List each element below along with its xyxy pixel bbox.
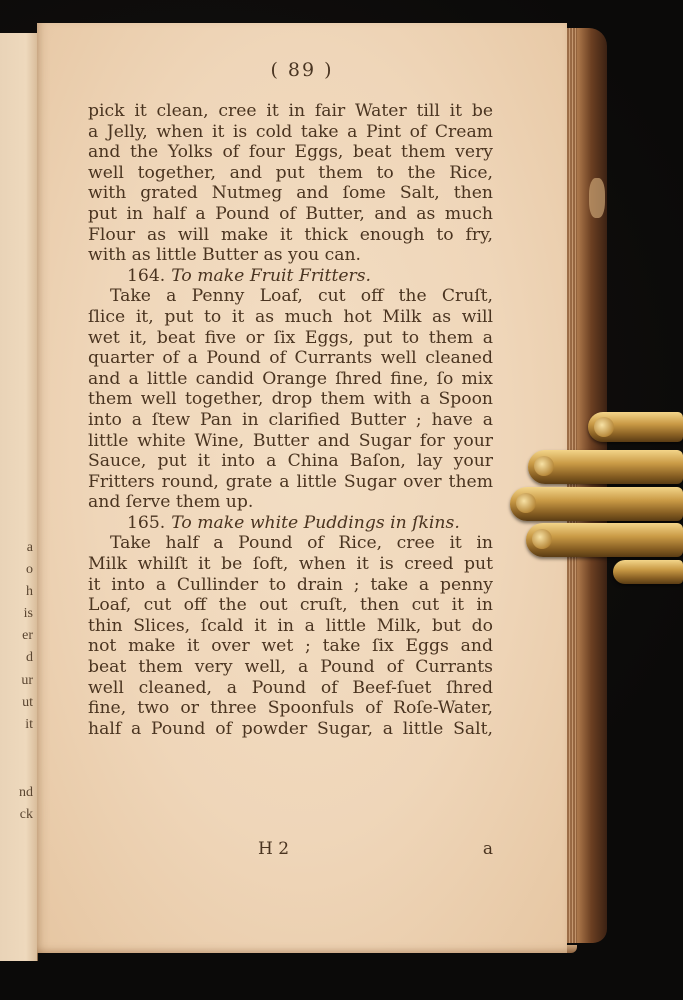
text-line: Fritters round, grate a little Sugar ove… — [88, 472, 493, 493]
left-page-fragment: it — [25, 718, 33, 732]
page-footer: H 2 a — [88, 839, 493, 861]
text-line: thin Slices, ſcald it in a little Milk, … — [88, 616, 493, 637]
text-line: with grated Nutmeg and ſome Salt, then — [88, 183, 493, 204]
clip-finger — [510, 487, 683, 521]
page-text: pick it clean, cree it in fair Water til… — [88, 101, 493, 739]
text-line: Flour as will make it thick enough to fr… — [88, 225, 493, 246]
text-line: well together, and put them to the Rice, — [88, 163, 493, 184]
left-page-fragment: ur — [21, 674, 33, 688]
catchword: a — [483, 839, 493, 859]
recipe-heading-165: 165.To make white Puddings in ſkins. — [88, 513, 493, 534]
text-line: with as little Butter as you can. — [88, 245, 493, 266]
text-line: and ſerve them up. — [88, 492, 493, 513]
clip-finger — [588, 412, 683, 442]
text-line: and a little candid Orange ſhred fine, ſ… — [88, 369, 493, 390]
recipe-number: 164. — [127, 266, 165, 286]
text-line: well cleaned, a Pound of Beef-ſuet ſhred — [88, 678, 493, 699]
signature-mark: H 2 — [258, 839, 289, 859]
text-line: quarter of a Pound of Currants well clea… — [88, 348, 493, 369]
left-page-fragment: a — [27, 541, 33, 555]
text-line: Take a Penny Loaf, cut off the Cruſt, — [88, 286, 493, 307]
text-line: put in half a Pound of Butter, and as mu… — [88, 204, 493, 225]
text-line: fine, two or three Spoonfuls of Roſe-Wat… — [88, 698, 493, 719]
left-page-fragment: nd — [19, 786, 33, 800]
book-page: ( 89 ) pick it clean, cree it in fair Wa… — [37, 23, 567, 953]
left-page-fragment: is — [24, 607, 33, 621]
text-line: it into a Cullinder to drain ; take a pe… — [88, 575, 493, 596]
left-page-fragment: o — [26, 563, 33, 577]
fingernail-icon — [594, 417, 614, 437]
text-line: pick it clean, cree it in fair Water til… — [88, 101, 493, 122]
text-line: Loaf, cut off the out cruſt, then cut it… — [88, 595, 493, 616]
text-line: half a Pound of powder Sugar, a little S… — [88, 719, 493, 740]
text-line: and the Yolks of four Eggs, beat them ve… — [88, 142, 493, 163]
left-page-fragment: h — [26, 585, 33, 599]
left-page-fragment: ck — [20, 808, 33, 822]
text-line: into a ſtew Pan in clarified Butter ; ha… — [88, 410, 493, 431]
text-line: ſlice it, put to it as much hot Milk as … — [88, 307, 493, 328]
recipe-number: 165. — [127, 513, 165, 533]
text-line: Sauce, put it into a China Baſon, lay yo… — [88, 451, 493, 472]
text-line: little white Wine, Butter and Sugar for … — [88, 431, 493, 452]
left-page-fragment: d — [26, 651, 33, 665]
clip-thumb — [613, 560, 683, 584]
text-line: a Jelly, when it is cold take a Pint of … — [88, 122, 493, 143]
text-line: Milk whilſt it be ſoft, when it is creed… — [88, 554, 493, 575]
recipe-title: To make Fruit Fritters. — [171, 266, 371, 286]
text-line: Take half a Pound of Rice, cree it in — [88, 533, 493, 554]
text-line: wet it, beat five or ſix Eggs, put to th… — [88, 328, 493, 349]
fingernail-icon — [534, 456, 554, 476]
fingernail-icon — [532, 529, 552, 549]
clip-finger — [528, 450, 683, 484]
recipe-heading-164: 164.To make Fruit Fritters. — [88, 266, 493, 287]
clip-finger — [526, 523, 683, 557]
recipe-title: To make white Puddings in ſkins. — [171, 513, 460, 533]
text-line: them well together, drop them with a Spo… — [88, 389, 493, 410]
fingernail-icon — [516, 493, 536, 513]
page-number: ( 89 ) — [37, 59, 567, 81]
text-line: beat them very well, a Pound of Currants — [88, 657, 493, 678]
left-page-fragment: er — [22, 629, 33, 643]
left-page-fragment: ut — [22, 696, 33, 710]
brass-hand-clip — [508, 410, 683, 585]
left-page-edge: a o h is er d ur ut it nd ck — [0, 33, 38, 961]
text-line: not make it over wet ; take ſix Eggs and — [88, 636, 493, 657]
